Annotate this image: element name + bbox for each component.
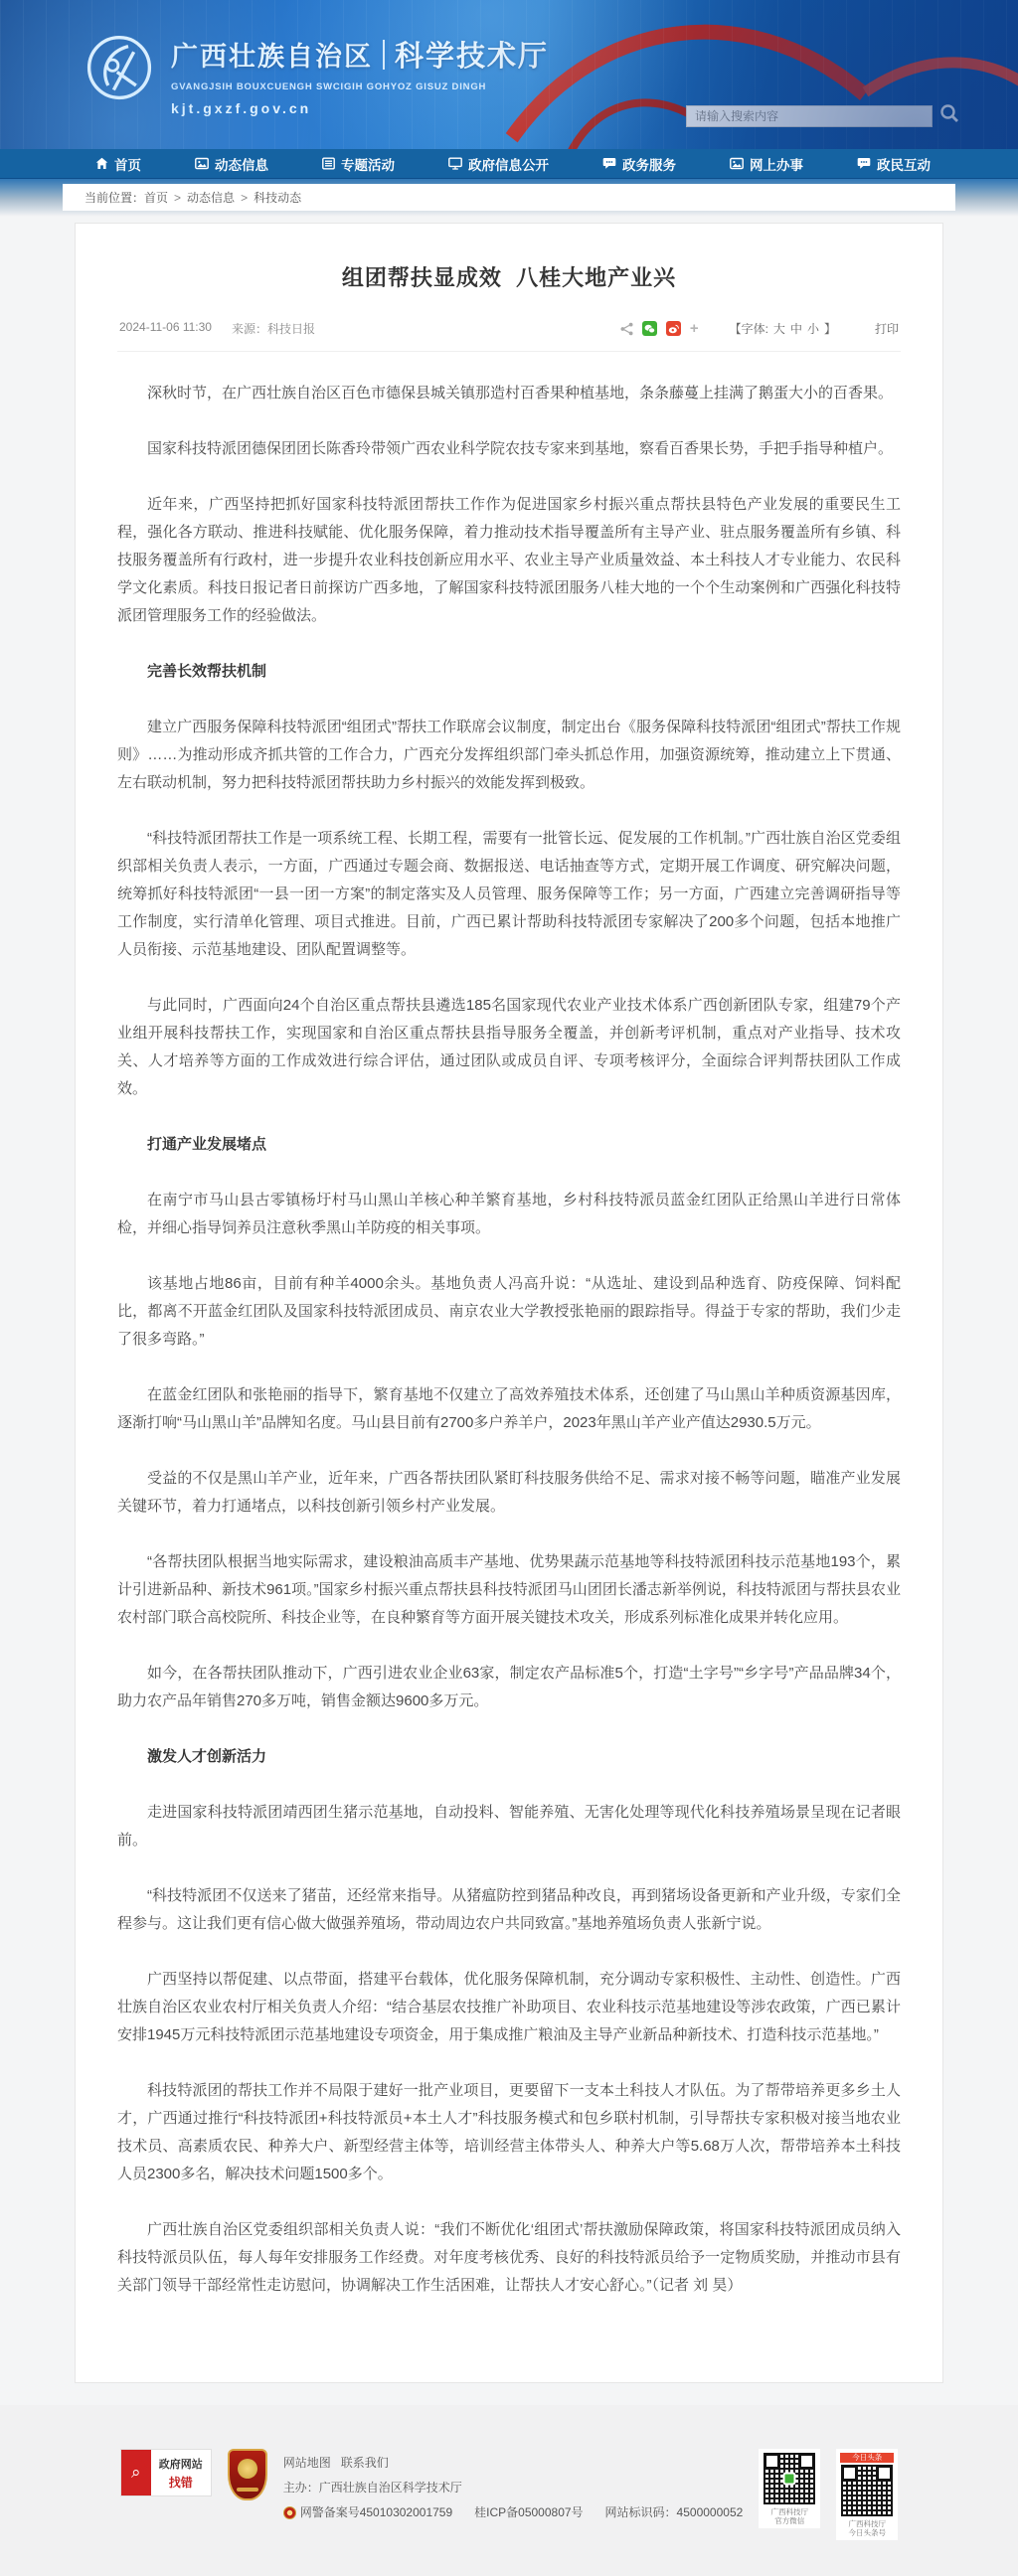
site-url: kjt.gxzf.gov.cn	[171, 100, 549, 116]
article-paragraph: 激发人才创新活力	[117, 1743, 901, 1771]
list-icon	[322, 157, 335, 170]
gov-agency-emblem-badge[interactable]	[228, 2449, 267, 2500]
toutiao-qr-caption: 广西科技厅 今日头条号	[840, 2519, 894, 2537]
article-paragraph: “科技特派团不仅送来了猪苗，还经常来指导。从猪瘟防控到猪品种改良，再到猪场设备更…	[117, 1882, 901, 1938]
nav-label: 网上办事	[750, 154, 803, 174]
magnifier-icon: ⌕	[121, 2450, 151, 2495]
banner-fade-strip: 当前位置： 首页 > 动态信息 > 科技动态	[0, 179, 1018, 217]
article-paragraph: “各帮扶团队根据当地实际需求，建设粮油高质丰产基地、优势果蔬示范基地等科技特派团…	[117, 1548, 901, 1632]
weibo-icon	[668, 324, 679, 334]
share-icon	[620, 322, 633, 336]
news-image-icon	[195, 157, 209, 170]
weibo-share-button[interactable]	[666, 321, 681, 336]
font-size-label: 】	[824, 320, 836, 337]
article-paragraph: 完善长效帮扶机制	[117, 658, 901, 686]
nav-item-online-affairs[interactable]: 网上办事	[730, 154, 803, 174]
article-paragraph: 广西坚持以帮促建、以点带面，搭建平台载体，优化服务保障机制，充分调动专家积极性、…	[117, 1966, 901, 2049]
article-paragraph: 近年来，广西坚持把抓好国家科技特派团帮扶工作作为促进国家乡村振兴重点帮扶县特色产…	[117, 491, 901, 630]
footer-link-sitemap[interactable]: 网站地图	[283, 2451, 331, 2476]
article-paragraph: 建立广西服务保障科技特派团“组团式”帮扶工作联席会议制度，制定出台《服务保障科技…	[117, 714, 901, 797]
wechat-qr-caption: 广西科技厅 官方微信	[763, 2507, 816, 2525]
nav-label: 专题活动	[341, 154, 395, 174]
nav-item-public-interaction[interactable]: 政民互动	[857, 154, 931, 174]
footer-link-contact[interactable]: 联系我们	[341, 2451, 389, 2476]
wechat-logo-icon	[783, 2473, 796, 2486]
font-size-medium[interactable]: 中	[790, 320, 802, 337]
icp-number: 桂ICP备05000807号	[474, 2500, 583, 2525]
article-body: 深秋时节，在广西壮族自治区百色市德保县城关镇那造村百香果种植基地，条条藤蔓上挂满…	[117, 380, 901, 2300]
font-size-label: 【字体:	[730, 320, 768, 337]
print-button[interactable]: 打印	[875, 320, 899, 337]
source-label: 来源：	[232, 322, 267, 336]
article-paragraph: 在蓝金红团队和张艳丽的指导下，繁育基地不仅建立了高效养殖技术体系，还创建了马山黑…	[117, 1381, 901, 1437]
breadcrumb-separator: >	[241, 191, 248, 205]
site-brand: 广西壮族自治区 科学技术厅 GVANGJSIH BOUXCUENGH SWCIG…	[171, 34, 549, 116]
nav-label: 政务服务	[622, 154, 676, 174]
article-date: 2024-11-06 11:30	[119, 320, 212, 337]
wechat-share-button[interactable]	[642, 321, 657, 336]
nav-item-home[interactable]: 首页	[95, 154, 141, 174]
article-paragraph: 打通产业发展堵点	[117, 1131, 901, 1159]
finderror-text-bottom: 找错	[169, 2474, 193, 2491]
chat-bubble-icon	[602, 157, 616, 170]
article-paragraph: 与此同时，广西面向24个自治区重点帮扶县遴选185名国家现代农业产业技术体系广西…	[117, 992, 901, 1103]
breadcrumb-label: 当前位置：	[85, 189, 144, 206]
dept-name: 科学技术厅	[395, 34, 549, 75]
site-banner: 广西壮族自治区 科学技术厅 GVANGJSIH BOUXCUENGH SWCIG…	[0, 0, 1018, 149]
font-size-control: 【字体: 大 中 小 】	[730, 320, 836, 337]
more-share-button[interactable]: +	[690, 321, 699, 336]
image-icon	[730, 157, 744, 170]
article-source: 来源：科技日报	[232, 320, 315, 337]
breadcrumb-item-tech-news[interactable]: 科技动态	[254, 189, 301, 206]
nav-item-gov-info[interactable]: 政府信息公开	[448, 154, 549, 174]
brand-divider	[383, 40, 385, 70]
toutiao-qr-card: 今日头条 广西科技厅 今日头条号	[836, 2449, 898, 2540]
nav-label: 政府信息公开	[468, 154, 549, 174]
wechat-qr-code	[763, 2453, 815, 2504]
page-title: 组团帮扶显成效 八桂大地产业兴	[117, 261, 901, 292]
footer-host-line: 主办：广西壮族自治区科学技术厅	[283, 2476, 744, 2500]
font-size-small[interactable]: 小	[807, 320, 819, 337]
search-input[interactable]	[686, 105, 933, 127]
article-paragraph: “科技特派团帮扶工作是一项系统工程、长期工程，需要有一批管长远、促发展的工作机制…	[117, 825, 901, 964]
nav-label: 动态信息	[215, 154, 268, 174]
article-paragraph: 深秋时节，在广西壮族自治区百色市德保县城关镇那造村百香果种植基地，条条藤蔓上挂满…	[117, 380, 901, 407]
site-id-code: 网站标识码：4500000052	[605, 2500, 744, 2525]
breadcrumb-item-home[interactable]: 首页	[144, 189, 168, 206]
toutiao-label: 今日头条	[840, 2453, 894, 2463]
zhuang-name: GVANGJSIH BOUXCUENGH SWCIGIH GOHYOZ GISU…	[171, 81, 549, 92]
toutiao-qr-code	[841, 2465, 893, 2516]
finderror-text-top: 政府网站	[159, 2456, 203, 2472]
article-paragraph: 受益的不仅是黑山羊产业，近年来，广西各帮扶团队紧盯科技服务供给不足、需求对接不畅…	[117, 1465, 901, 1521]
breadcrumb: 当前位置： 首页 > 动态信息 > 科技动态	[63, 184, 955, 211]
police-badge-icon	[283, 2506, 296, 2519]
wechat-icon	[644, 324, 655, 334]
share-button[interactable]	[620, 322, 633, 336]
monitor-icon	[448, 157, 462, 170]
article-paragraph: 该基地占地86亩，目前有种羊4000余头。基地负责人冯高升说：“从选址、建设到品…	[117, 1270, 901, 1354]
article-meta: 2024-11-06 11:30 来源：科技日报	[117, 320, 901, 352]
article-paragraph: 国家科技特派团德保团团长陈香玲带领广西农业科学院农技专家来到基地，察看百香果长势…	[117, 435, 901, 463]
chat-bubble-icon	[857, 157, 871, 170]
search-icon	[938, 102, 960, 124]
article-paragraph: 在南宁市马山县古零镇杨圩村马山黑山羊核心种羊繁育基地，乡村科技特派员蓝金红团队正…	[117, 1187, 901, 1242]
page-footer: ⌕ 政府网站 找错 网站地图 联系我们 主办：广西壮族自治区科学技术厅 网警备案…	[0, 2405, 1018, 2576]
nav-item-news[interactable]: 动态信息	[195, 154, 268, 174]
article-paragraph: 走进国家科技特派团靖西团生猪示范基地，自动投料、智能养殖、无害化处理等现代化科技…	[117, 1799, 901, 1854]
source-value: 科技日报	[267, 322, 315, 336]
article-card: 组团帮扶显成效 八桂大地产业兴 2024-11-06 11:30 来源：科技日报	[75, 223, 943, 2383]
nav-item-gov-services[interactable]: 政务服务	[602, 154, 676, 174]
nav-label: 首页	[114, 154, 141, 174]
region-name: 广西壮族自治区	[171, 35, 373, 74]
home-icon	[95, 157, 108, 170]
breadcrumb-item-news[interactable]: 动态信息	[187, 189, 235, 206]
gov-site-error-report-badge[interactable]: ⌕ 政府网站 找错	[120, 2449, 212, 2496]
article-paragraph: 科技特派团的帮扶工作并不局限于建好一批产业项目，更要留下一支本土科技人才队伍。为…	[117, 2077, 901, 2188]
nav-label: 政民互动	[877, 154, 931, 174]
search-button[interactable]	[936, 101, 962, 127]
main-navigation: 首页 动态信息 专题活动 政府信息公开 政务服务	[0, 149, 1018, 179]
agency-logo-icon	[84, 32, 155, 103]
font-size-large[interactable]: 大	[773, 320, 785, 337]
police-record-number: 网警备案号45010302001759	[300, 2500, 452, 2525]
article-paragraph: 如今，在各帮扶团队推动下，广西引进农业企业63家，制定农产品标准5个，打造“土字…	[117, 1660, 901, 1715]
article-paragraph: 广西壮族自治区党委组织部相关负责人说：“我们不断优化‘组团式’帮扶激励保障政策，…	[117, 2216, 901, 2300]
nav-item-topics[interactable]: 专题活动	[322, 154, 395, 174]
footer-info: 网站地图 联系我们 主办：广西壮族自治区科学技术厅 网警备案号450103020…	[283, 2451, 744, 2525]
breadcrumb-separator: >	[174, 191, 181, 205]
wechat-qr-card: 广西科技厅 官方微信	[759, 2449, 820, 2528]
